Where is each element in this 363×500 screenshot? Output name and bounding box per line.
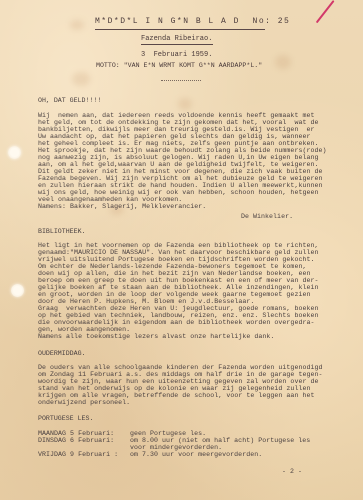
paragraph-line: Om echter de Nederlands-lezende Fazenda-… xyxy=(38,263,306,270)
paragraph-line: op het gebied van techniek, landbouw, re… xyxy=(38,312,318,319)
paragraph-line: Dit geldt zeker niet in het minst voor d… xyxy=(38,168,323,175)
punch-hole xyxy=(11,284,24,297)
paragraph-line: gelijke boeken af te staan aan de biblio… xyxy=(38,284,318,291)
paragraph-line: woordig te zijn, waar hun een uiteenzett… xyxy=(38,378,318,385)
paragraph-line: Namens: Bakker, Slagerij, Melkleverancie… xyxy=(38,203,206,210)
subtitle-underline xyxy=(141,44,213,45)
stain xyxy=(275,55,291,69)
paragraph-line: Fazenda begeven. Wij zijn verplicht om a… xyxy=(38,175,323,182)
newsletter-title: M*D*D*L I N G*N B L A D No: 25 xyxy=(95,17,290,26)
separator xyxy=(161,80,201,82)
paragraph-line: beroep om een greep te doen uit hun boek… xyxy=(38,277,318,284)
section-heading-bibliotheek: BIBLIOTHEEK. xyxy=(38,228,85,235)
stain xyxy=(70,20,84,30)
paragraph-line: gen, worden aangenomen. xyxy=(38,326,130,333)
motto: MOTTO: "VAN E*N WRMT KOMT G**N AARDAPP*L… xyxy=(96,62,262,69)
schedule-text: voor mindergevorderden. xyxy=(130,444,222,451)
paragraph-line: Het sprookje, dat het zijn waarde behoud… xyxy=(38,147,327,154)
schedule-text: om 8.00 uur (niet om half acht) Portuges… xyxy=(130,437,310,444)
paragraph-line: krijgen om alle vragen, betreffende de s… xyxy=(38,392,314,399)
section-heading-portugese-les: PORTUGESE LES. xyxy=(38,415,93,422)
paragraph-line: en zullen hieraan strikt de hand houden.… xyxy=(38,182,323,189)
paragraph-line: Graag verwachten deze Heren van U: jeugd… xyxy=(38,305,318,312)
paragraph-line: doen wij op allen, die in het bezit zijn… xyxy=(38,270,310,277)
schedule-day: DINSDAG 6 Februari: xyxy=(38,437,114,444)
paragraph-line: het geheel compleet is. Er mag niets, ze… xyxy=(38,140,318,147)
schedule-text: om 7.30 uur voor meergevorderden. xyxy=(130,451,262,458)
paragraph-line: vrijwel uitsluitend Portugese boeken en … xyxy=(38,256,314,263)
paragraph-line: Wij nemen aan, dat iedereen reeds voldoe… xyxy=(38,112,314,119)
stain xyxy=(178,98,192,110)
paragraph-line: nog aanwezig zijn, is absoluut gelogen. … xyxy=(38,154,318,161)
schedule-text: geen Portugese les. xyxy=(130,430,206,437)
signature: De Winkelier. xyxy=(241,213,293,220)
paragraph-line: stand van het onderwijs op de kolonie en… xyxy=(38,385,310,392)
paragraph-line: veel onaangenaamheden kan voorkomen. xyxy=(38,196,182,203)
location-subtitle: Fazenda Ribeirao. xyxy=(141,35,212,43)
page-number: - 2 - xyxy=(282,468,302,475)
paragraph-line: die onvoorwaardelijk in eigendom aan de … xyxy=(38,319,314,326)
stain xyxy=(72,72,90,86)
paragraph-line: De ouders van alle schoolgaande kinderen… xyxy=(38,364,323,371)
paragraph-line: door de Heren P. Hupkens, M. Bloem en J.… xyxy=(38,298,254,305)
paragraph-line: Namens alle toekomstige lezers alvast on… xyxy=(38,333,274,340)
punch-hole xyxy=(8,146,21,159)
paragraph-line: aan, om al het geld,waarvan U aan de gel… xyxy=(38,161,318,168)
paragraph-line: Het ligt in het voornemen op de Fazenda … xyxy=(38,242,318,249)
paragraph-line: wij ons geld, hoe weinig wij er ook van … xyxy=(38,189,318,196)
paragraph-line: Uw aandacht op, dat het papieren geld sl… xyxy=(38,133,310,140)
paragraph-line: onderwijzend personeel. xyxy=(38,399,130,406)
paragraph-line: om Zondag 11 Februari a.s. des middags o… xyxy=(38,371,323,378)
paragraph-line: genaamd:"MAURICIO DE NASSAU". Van het da… xyxy=(38,249,318,256)
schedule-day: VRIJDAG 9 Februari : xyxy=(38,451,118,458)
schedule-day: MAANDAG 5 Februari: xyxy=(38,430,114,437)
title-underline xyxy=(95,29,265,30)
paragraph-line: bankbiljetten, dikwijls meer dan treurig… xyxy=(38,126,314,133)
paragraph-line: het geld, om tot de ontdekking te zijn g… xyxy=(38,119,318,126)
section-heading-oudermiddag: OUDERMIDDAG. xyxy=(38,350,85,357)
paragraph-line: en groot, worden in de loop der volgende… xyxy=(38,291,310,298)
section-heading-geld: OH, DAT GELD!!!! xyxy=(38,97,101,104)
issue-date: 3 Februari 1959. xyxy=(141,51,212,59)
